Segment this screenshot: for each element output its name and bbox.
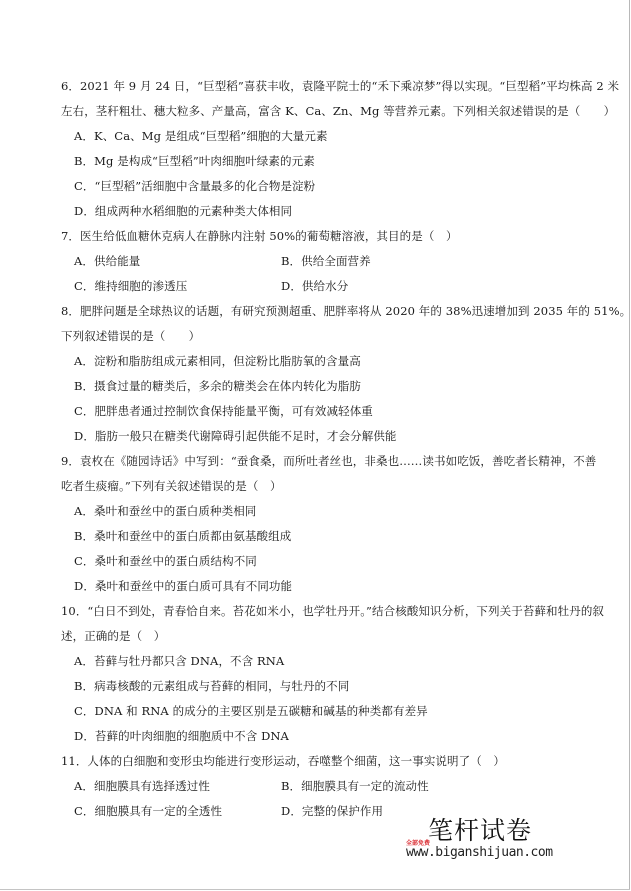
option-b: B．Mg 是构成“巨型稻”叶肉细胞叶绿素的元素: [61, 149, 581, 174]
option-a: A．细胞膜具有选择透过性: [74, 774, 281, 799]
option-d: D．苔藓的叶肉细胞的细胞质中不含 DNA: [61, 724, 581, 749]
option-b: B．细胞膜具有一定的流动性: [281, 774, 488, 799]
option-d: D．桑叶和蚕丝中的蛋白质可具有不同功能: [61, 574, 581, 599]
option-row: A．细胞膜具有选择透过性 B．细胞膜具有一定的流动性: [61, 774, 581, 799]
option-b: B．病毒核酸的元素组成与苔藓的相同，与牡丹的不同: [61, 674, 581, 699]
question-stem: 吃者生痰瘤。”下列有关叙述错误的是（ ）: [61, 474, 581, 499]
option-b: B．供给全面营养: [281, 249, 488, 274]
question-stem: 左右，茎秆粗壮、穗大粒多、产量高，富含 K、Ca、Zn、Mg 等营养元素。下列相…: [61, 99, 581, 124]
option-c: C．桑叶和蚕丝中的蛋白质结构不同: [61, 549, 581, 574]
option-a: A．供给能量: [74, 249, 281, 274]
question-stem: 10．“白日不到处，青春恰自来。苔花如米小，也学牡丹开。”结合核酸知识分析，下列…: [61, 599, 581, 624]
question-8: 8．肥胖问题是全球热议的话题，有研究预测超重、肥胖率将从 2020 年的 38%…: [61, 299, 581, 449]
option-d: D．组成两种水稻细胞的元素种类大体相同: [61, 199, 581, 224]
option-a: A．淀粉和脂肪组成元素相同，但淀粉比脂肪氧的含量高: [61, 349, 581, 374]
question-stem: 7．医生给低血糖休克病人在静脉内注射 50%的葡萄糖溶液，其目的是（ ）: [61, 224, 581, 249]
question-9: 9．袁枚在《随园诗话》中写到：“蚕食桑，而所吐者丝也，非桑也……读书如吃饭，善吃…: [61, 449, 581, 599]
option-d: D．供给水分: [281, 274, 488, 299]
question-11: 11．人体的白细胞和变形虫均能进行变形运动，吞噬整个细菌，这一事实说明了（ ） …: [61, 749, 581, 824]
page-border-bottom: [0, 889, 630, 890]
option-a: A．K、Ca、Mg 是组成“巨型稻”细胞的大量元素: [61, 124, 581, 149]
question-stem: 11．人体的白细胞和变形虫均能进行变形运动，吞噬整个细菌，这一事实说明了（ ）: [61, 749, 581, 774]
option-c: C．维持细胞的渗透压: [74, 274, 281, 299]
option-b: B．桑叶和蚕丝中的蛋白质都由氨基酸组成: [61, 524, 581, 549]
option-b: B．摄食过量的糖类后，多余的糖类会在体内转化为脂肪: [61, 374, 581, 399]
option-a: A．桑叶和蚕丝中的蛋白质种类相同: [61, 499, 581, 524]
watermark-title: 笔杆试卷: [428, 816, 532, 846]
question-stem: 下列叙述错误的是（ ）: [61, 324, 581, 349]
option-c: C．“巨型稻”活细胞中含量最多的化合物是淀粉: [61, 174, 581, 199]
question-10: 10．“白日不到处，青春恰自来。苔花如米小，也学牡丹开。”结合核酸知识分析，下列…: [61, 599, 581, 749]
question-7: 7．医生给低血糖休克病人在静脉内注射 50%的葡萄糖溶液，其目的是（ ） A．供…: [61, 224, 581, 299]
option-d: D．脂肪一般只在糖类代谢障碍引起供能不足时，才会分解供能: [61, 424, 581, 449]
option-row: A．供给能量 B．供给全面营养: [61, 249, 581, 274]
question-stem: 8．肥胖问题是全球热议的话题，有研究预测超重、肥胖率将从 2020 年的 38%…: [61, 299, 581, 324]
watermark-logo: 笔杆试卷 全部免费 www.biganshijuan.com: [403, 816, 593, 866]
question-stem: 6．2021 年 9 月 24 日，“巨型稻”喜获丰收，袁隆平院士的“禾下乘凉梦…: [61, 74, 581, 99]
question-6: 6．2021 年 9 月 24 日，“巨型稻”喜获丰收，袁隆平院士的“禾下乘凉梦…: [61, 74, 581, 224]
option-c: C．肥胖患者通过控制饮食保持能量平衡，可有效减轻体重: [61, 399, 581, 424]
option-c: C．DNA 和 RNA 的成分的主要区别是五碳糖和碱基的种类都有差异: [61, 699, 581, 724]
option-row: C．维持细胞的渗透压 D．供给水分: [61, 274, 581, 299]
page-border-right: [629, 0, 630, 889]
option-a: A．苔藓与牡丹都只含 DNA，不含 RNA: [61, 649, 581, 674]
exam-content: 6．2021 年 9 月 24 日，“巨型稻”喜获丰收，袁隆平院士的“禾下乘凉梦…: [61, 74, 581, 824]
watermark-url: www.biganshijuan.com: [406, 845, 553, 860]
option-c: C．细胞膜具有一定的全透性: [74, 799, 281, 824]
question-stem: 述，正确的是（ ）: [61, 624, 581, 649]
question-stem: 9．袁枚在《随园诗话》中写到：“蚕食桑，而所吐者丝也，非桑也……读书如吃饭，善吃…: [61, 449, 581, 474]
